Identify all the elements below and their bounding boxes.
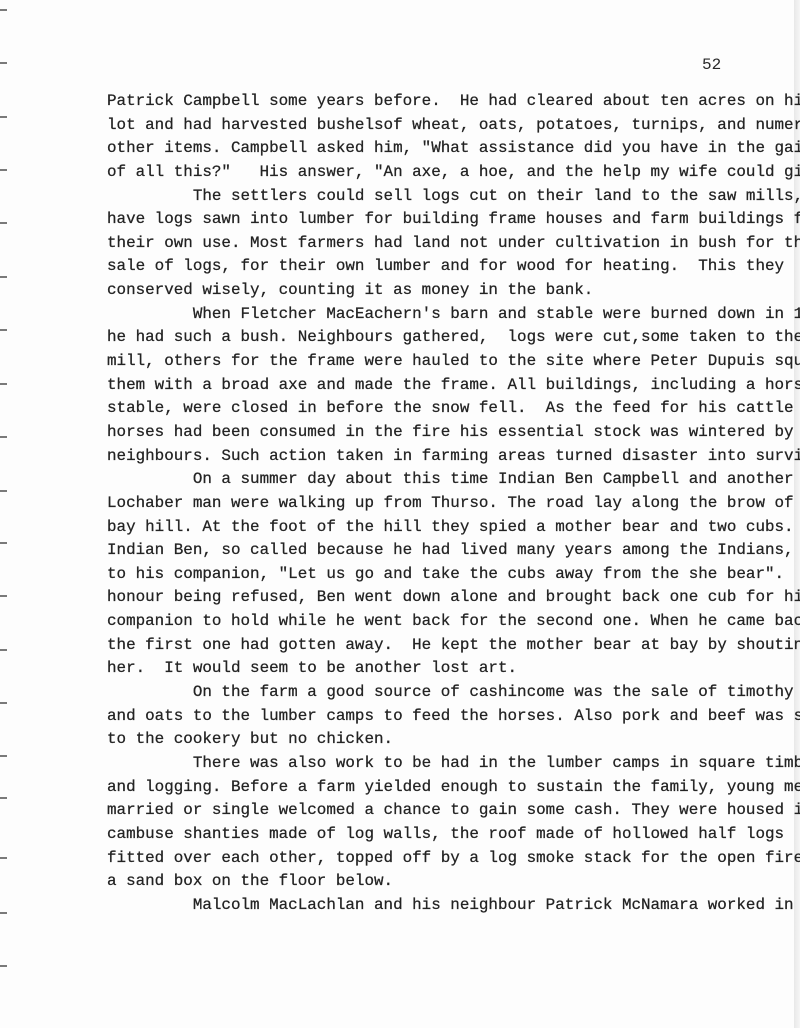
edge-mark xyxy=(0,436,7,438)
text-line: of all this?" His answer, "An axe, a hoe… xyxy=(107,161,767,185)
text-line: have logs sawn into lumber for building … xyxy=(107,208,767,232)
text-line: to the cookery but no chicken. xyxy=(107,728,767,752)
text-line: fitted over each other, topped off by a … xyxy=(107,847,767,871)
edge-mark xyxy=(0,276,7,278)
text-line: lot and had harvested bushelsof wheat, o… xyxy=(107,114,767,138)
text-line: he had such a bush. Neighbours gathered,… xyxy=(107,326,767,350)
text-line: married or single welcomed a chance to g… xyxy=(107,799,767,823)
edge-mark xyxy=(0,9,7,11)
edge-mark xyxy=(0,797,7,799)
text-line: When Fletcher MacEachern's barn and stab… xyxy=(107,303,767,327)
page-number: 52 xyxy=(702,56,721,74)
text-line: On a summer day about this time Indian B… xyxy=(107,468,767,492)
text-line: mill, others for the frame were hauled t… xyxy=(107,350,767,374)
edge-mark xyxy=(0,595,7,597)
text-line: On the farm a good source of cashincome … xyxy=(107,681,767,705)
text-line: the first one had gotten away. He kept t… xyxy=(107,634,767,658)
edge-mark xyxy=(0,649,7,651)
text-line: cambuse shanties made of log walls, the … xyxy=(107,823,767,847)
text-line: sale of logs, for their own lumber and f… xyxy=(107,255,767,279)
edge-mark xyxy=(0,222,7,224)
text-line: honour being refused, Ben went down alon… xyxy=(107,586,767,610)
text-line: Lochaber man were walking up from Thurso… xyxy=(107,492,767,516)
text-line: conserved wisely, counting it as money i… xyxy=(107,279,767,303)
text-line: to his companion, "Let us go and take th… xyxy=(107,563,767,587)
edge-mark xyxy=(0,490,7,492)
edge-mark xyxy=(0,329,7,331)
text-line: stable, were closed in before the snow f… xyxy=(107,397,767,421)
text-line: Malcolm MacLachlan and his neighbour Pat… xyxy=(107,894,767,918)
edge-mark xyxy=(0,702,7,704)
edge-mark xyxy=(0,383,7,385)
text-line: her. It would seem to be another lost ar… xyxy=(107,657,767,681)
text-line: companion to hold while he went back for… xyxy=(107,610,767,634)
text-line: The settlers could sell logs cut on thei… xyxy=(107,185,767,209)
edge-mark xyxy=(0,542,7,544)
edge-mark xyxy=(0,169,7,171)
text-line: Indian Ben, so called because he had liv… xyxy=(107,539,767,563)
edge-mark xyxy=(0,62,7,64)
text-line: other items. Campbell asked him, "What a… xyxy=(107,137,767,161)
text-line: and logging. Before a farm yielded enoug… xyxy=(107,776,767,800)
document-page: 52 Patrick Campbell some years before. H… xyxy=(0,0,800,1028)
text-line: Patrick Campbell some years before. He h… xyxy=(107,90,767,114)
edge-mark xyxy=(0,965,7,967)
typewritten-text-body: Patrick Campbell some years before. He h… xyxy=(107,90,767,917)
edge-mark xyxy=(0,912,7,914)
edge-mark xyxy=(0,116,7,118)
text-line: horses had been consumed in the fire his… xyxy=(107,421,767,445)
text-line: and oats to the lumber camps to feed the… xyxy=(107,705,767,729)
edge-mark xyxy=(0,755,7,757)
text-line: There was also work to be had in the lum… xyxy=(107,752,767,776)
text-line: neighbours. Such action taken in farming… xyxy=(107,445,767,469)
edge-mark xyxy=(0,857,7,859)
text-line: them with a broad axe and made the frame… xyxy=(107,374,767,398)
text-line: a sand box on the floor below. xyxy=(107,870,767,894)
text-line: their own use. Most farmers had land not… xyxy=(107,232,767,256)
text-line: bay hill. At the foot of the hill they s… xyxy=(107,516,767,540)
